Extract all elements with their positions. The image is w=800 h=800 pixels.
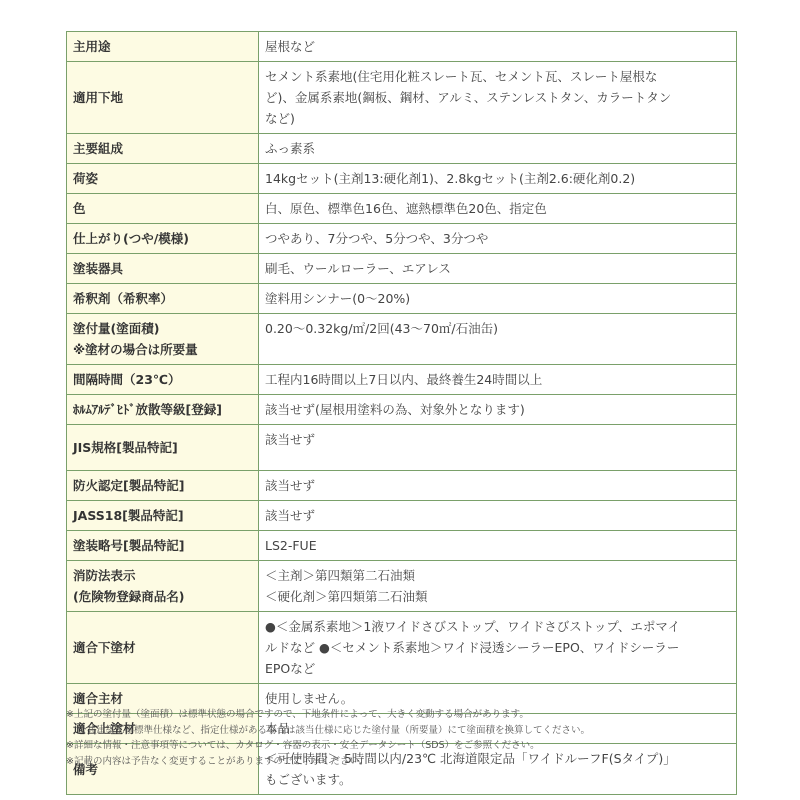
row-label-line: JIS規格[製品特記] bbox=[73, 437, 252, 458]
table-row: ﾎﾙﾑｱﾙﾃﾞﾋﾄﾞ放散等級[登録]該当せず(屋根用塗料の為、対象外となります) bbox=[67, 395, 737, 425]
row-label-line: 適用下地 bbox=[73, 87, 252, 108]
row-label: ﾎﾙﾑｱﾙﾃﾞﾋﾄﾞ放散等級[登録] bbox=[67, 395, 259, 425]
row-label-line: 適合主材 bbox=[73, 688, 252, 709]
row-label-line: 希釈剤（希釈率） bbox=[73, 288, 252, 309]
table-row: 色白、原色、標準色16色、遮熱標準色20色、指定色 bbox=[67, 194, 737, 224]
footnote: ※上記の塗付量（塗面積）は標準状態の場合ですので、下地条件によって、大きく変動す… bbox=[66, 707, 590, 723]
row-value: 該当せず bbox=[259, 425, 737, 471]
row-label: JIS規格[製品特記] bbox=[67, 425, 259, 471]
row-label-line: 適合下塗材 bbox=[73, 637, 252, 658]
spec-table: 主用途屋根など適用下地セメント系素地(住宅用化粧スレート瓦、セメント瓦、スレート… bbox=[66, 31, 737, 795]
row-label: 塗装略号[製品特記] bbox=[67, 531, 259, 561]
row-label-line: 消防法表示 bbox=[73, 565, 252, 586]
row-label: 荷姿 bbox=[67, 164, 259, 194]
table-row: 希釈剤（希釈率）塗料用シンナー(0～20%) bbox=[67, 284, 737, 314]
footnote: 公共建築工事標準仕様など、指定仕様がある場合は該当仕様に応じた塗付量（所要量）に… bbox=[66, 723, 590, 739]
row-value: 塗料用シンナー(0～20%) bbox=[259, 284, 737, 314]
row-value-line: 該当せず(屋根用塗料の為、対象外となります) bbox=[265, 399, 730, 420]
table-row: 消防法表示(危険物登録商品名)＜主剤＞第四類第二石油類＜硬化剤＞第四類第二石油類 bbox=[67, 561, 737, 612]
row-value-line: 使用しません。 bbox=[265, 688, 730, 709]
row-label-line: 防火認定[製品特記] bbox=[73, 475, 252, 496]
row-value-line: もございます。 bbox=[265, 769, 730, 790]
table-row: 塗装器具刷毛、ウールローラー、エアレス bbox=[67, 254, 737, 284]
row-value: 該当せず bbox=[259, 501, 737, 531]
table-row: 塗装略号[製品特記]LS2-FUE bbox=[67, 531, 737, 561]
row-value: 白、原色、標準色16色、遮熱標準色20色、指定色 bbox=[259, 194, 737, 224]
row-label-line: 主用途 bbox=[73, 36, 252, 57]
row-label-line: 主要組成 bbox=[73, 138, 252, 159]
footnotes: ※上記の塗付量（塗面積）は標準状態の場合ですので、下地条件によって、大きく変動す… bbox=[66, 707, 590, 769]
row-label: 防火認定[製品特記] bbox=[67, 471, 259, 501]
row-value: 刷毛、ウールローラー、エアレス bbox=[259, 254, 737, 284]
row-value-line: つやあり、7分つや、5分つや、3分つや bbox=[265, 228, 730, 249]
row-label: 消防法表示(危険物登録商品名) bbox=[67, 561, 259, 612]
row-label-line: 色 bbox=[73, 198, 252, 219]
row-label-line: ﾎﾙﾑｱﾙﾃﾞﾋﾄﾞ放散等級[登録] bbox=[73, 399, 252, 420]
row-value: 14kgセット(主剤13:硬化剤1)、2.8kgセット(主剤2.6:硬化剤0.2… bbox=[259, 164, 737, 194]
row-value-line: 白、原色、標準色16色、遮熱標準色20色、指定色 bbox=[265, 198, 730, 219]
row-value: ●＜金属系素地＞1液ワイドさびストップ、ワイドさびストップ、エポマイルドなど ●… bbox=[259, 612, 737, 684]
row-value-line: 0.20～0.32kg/㎡/2回(43～70㎡/石油缶) bbox=[265, 318, 730, 339]
row-value-line: 該当せず bbox=[265, 475, 730, 496]
row-label-line: 塗装器具 bbox=[73, 258, 252, 279]
row-value-line: 該当せず bbox=[265, 505, 730, 526]
table-row: 適用下地セメント系素地(住宅用化粧スレート瓦、セメント瓦、スレート屋根など)、金… bbox=[67, 62, 737, 134]
row-label: 主要組成 bbox=[67, 134, 259, 164]
row-value-line: ＜主剤＞第四類第二石油類 bbox=[265, 565, 730, 586]
table-row: 防火認定[製品特記]該当せず bbox=[67, 471, 737, 501]
row-label-line: 仕上がり(つや/模様) bbox=[73, 228, 252, 249]
table-row: 塗付量(塗面積)※塗材の場合は所要量0.20～0.32kg/㎡/2回(43～70… bbox=[67, 314, 737, 365]
table-row: 荷姿14kgセット(主剤13:硬化剤1)、2.8kgセット(主剤2.6:硬化剤0… bbox=[67, 164, 737, 194]
row-label: 色 bbox=[67, 194, 259, 224]
row-value-line: ＜硬化剤＞第四類第二石油類 bbox=[265, 586, 730, 607]
row-value: つやあり、7分つや、5分つや、3分つや bbox=[259, 224, 737, 254]
row-label: 適用下地 bbox=[67, 62, 259, 134]
row-value: ふっ素系 bbox=[259, 134, 737, 164]
table-row: 仕上がり(つや/模様)つやあり、7分つや、5分つや、3分つや bbox=[67, 224, 737, 254]
row-value: LS2-FUE bbox=[259, 531, 737, 561]
row-value: セメント系素地(住宅用化粧スレート瓦、セメント瓦、スレート屋根など)、金属系素地… bbox=[259, 62, 737, 134]
row-label-line: JASS18[製品特記] bbox=[73, 505, 252, 526]
row-label-line: ※塗材の場合は所要量 bbox=[73, 339, 252, 360]
row-value-line: 工程内16時間以上7日以内、最終養生24時間以上 bbox=[265, 369, 730, 390]
row-value-line: 刷毛、ウールローラー、エアレス bbox=[265, 258, 730, 279]
row-label-line: 間隔時間（23℃） bbox=[73, 369, 252, 390]
row-value-line: など) bbox=[265, 108, 730, 129]
row-label-line: 塗装略号[製品特記] bbox=[73, 535, 252, 556]
table-row: 間隔時間（23℃）工程内16時間以上7日以内、最終養生24時間以上 bbox=[67, 365, 737, 395]
row-value: 該当せず bbox=[259, 471, 737, 501]
row-label-line: (危険物登録商品名) bbox=[73, 586, 252, 607]
row-value-line: 塗料用シンナー(0～20%) bbox=[265, 288, 730, 309]
row-label-line: 塗付量(塗面積) bbox=[73, 318, 252, 339]
row-value-line: ●＜金属系素地＞1液ワイドさびストップ、ワイドさびストップ、エポマイ bbox=[265, 616, 730, 637]
row-label: 主用途 bbox=[67, 32, 259, 62]
row-value: ＜主剤＞第四類第二石油類＜硬化剤＞第四類第二石油類 bbox=[259, 561, 737, 612]
row-value-line: 該当せず bbox=[265, 429, 730, 450]
row-label: 仕上がり(つや/模様) bbox=[67, 224, 259, 254]
row-label: 塗付量(塗面積)※塗材の場合は所要量 bbox=[67, 314, 259, 365]
table-row: 主用途屋根など bbox=[67, 32, 737, 62]
row-value-line: ど)、金属系素地(鋼板、鋼材、アルミ、ステンレストタン、カラートタン bbox=[265, 87, 730, 108]
row-value: 0.20～0.32kg/㎡/2回(43～70㎡/石油缶) bbox=[259, 314, 737, 365]
row-value-line: ルドなど ●＜セメント系素地＞ワイド浸透シーラーEPO、ワイドシーラー bbox=[265, 637, 730, 658]
row-value: 工程内16時間以上7日以内、最終養生24時間以上 bbox=[259, 365, 737, 395]
row-value-line: ふっ素系 bbox=[265, 138, 730, 159]
row-label-line: 荷姿 bbox=[73, 168, 252, 189]
row-value-line: EPOなど bbox=[265, 658, 730, 679]
row-label: 塗装器具 bbox=[67, 254, 259, 284]
row-value-line: LS2-FUE bbox=[265, 535, 730, 556]
row-value-line: 屋根など bbox=[265, 36, 730, 57]
row-value: 該当せず(屋根用塗料の為、対象外となります) bbox=[259, 395, 737, 425]
table-row: JASS18[製品特記]該当せず bbox=[67, 501, 737, 531]
row-value-line: 14kgセット(主剤13:硬化剤1)、2.8kgセット(主剤2.6:硬化剤0.2… bbox=[265, 168, 730, 189]
row-label: 適合下塗材 bbox=[67, 612, 259, 684]
spec-table-body: 主用途屋根など適用下地セメント系素地(住宅用化粧スレート瓦、セメント瓦、スレート… bbox=[67, 32, 737, 795]
footnote: ※記載の内容は予告なく変更することがありますのでご了承ください。 bbox=[66, 754, 590, 770]
table-row: 主要組成ふっ素系 bbox=[67, 134, 737, 164]
table-row: JIS規格[製品特記]該当せず bbox=[67, 425, 737, 471]
table-row: 適合下塗材●＜金属系素地＞1液ワイドさびストップ、ワイドさびストップ、エポマイル… bbox=[67, 612, 737, 684]
row-value: 屋根など bbox=[259, 32, 737, 62]
footnote: ※詳細な情報・注意事項等については、カタログ・容器の表示・安全データシート（SD… bbox=[66, 738, 590, 754]
row-label: 間隔時間（23℃） bbox=[67, 365, 259, 395]
row-label: 希釈剤（希釈率） bbox=[67, 284, 259, 314]
row-value-line: セメント系素地(住宅用化粧スレート瓦、セメント瓦、スレート屋根な bbox=[265, 66, 730, 87]
row-label: JASS18[製品特記] bbox=[67, 501, 259, 531]
